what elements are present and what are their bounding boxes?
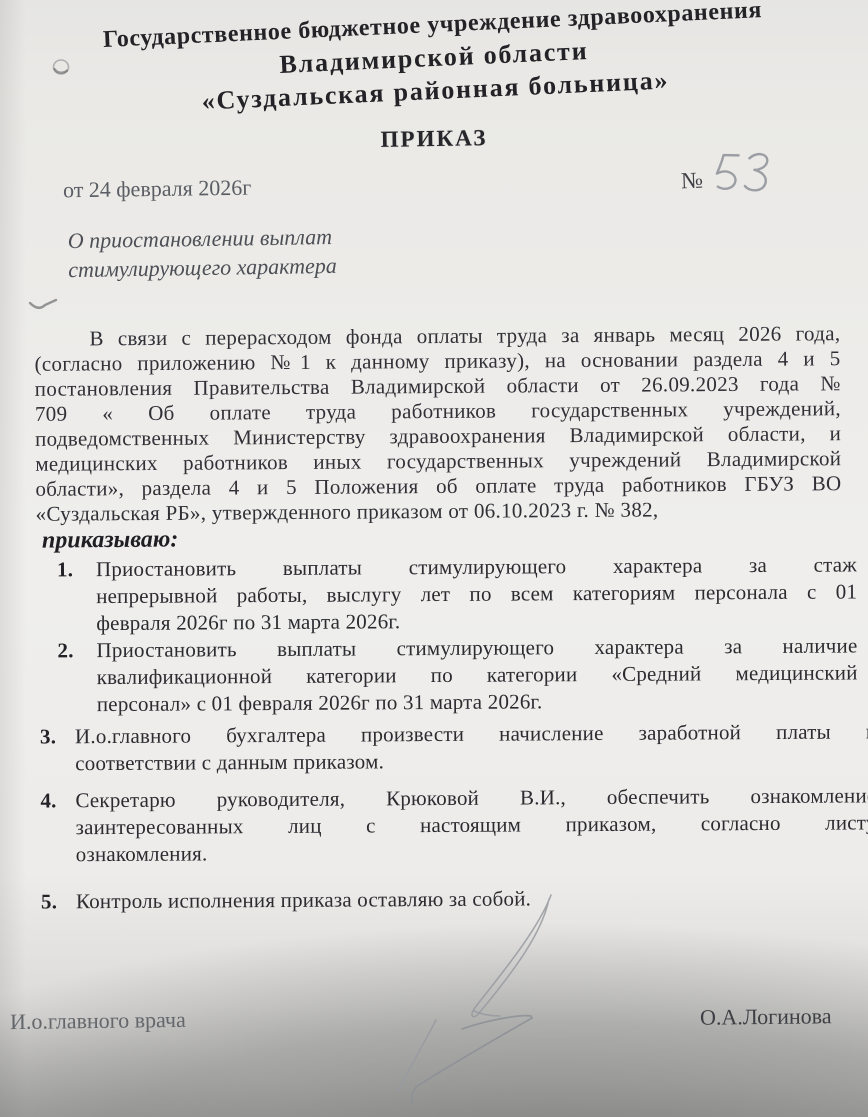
order-items-list: 1. Приостановить выплаты стимулирующего … bbox=[0, 551, 868, 915]
organization-header: Государственное бюджетное учреждение здр… bbox=[0, 0, 868, 127]
order-item: 3. И.о.главного бухгалтера произвести на… bbox=[0, 718, 868, 777]
order-number-label: № bbox=[681, 168, 704, 195]
item-number: 5. bbox=[41, 888, 57, 915]
order-item: 4. Секретарю руководителя, Крюковой В.И.… bbox=[0, 782, 868, 868]
item-line: персонал» с 01 февраля 2026г по 31 марта… bbox=[97, 686, 858, 718]
order-item: 1. Приостановить выплаты стимулирующего … bbox=[0, 551, 868, 637]
resolution-word: приказываю: bbox=[42, 526, 179, 554]
item-number: 1. bbox=[57, 556, 73, 583]
item-number: 4. bbox=[40, 787, 56, 814]
order-subject: О приостановлении выплат стимулирующего … bbox=[68, 222, 337, 284]
signature-scribble bbox=[372, 893, 572, 1111]
item-line: ознакомления. bbox=[76, 836, 868, 868]
subject-line: О приостановлении выплат bbox=[68, 222, 337, 255]
pencil-check-mark bbox=[28, 296, 62, 314]
item-number: 2. bbox=[57, 637, 73, 664]
item-line: И.о.главного бухгалтера произвести начис… bbox=[75, 718, 868, 750]
item-line: квалификационной категории по категории … bbox=[97, 659, 858, 691]
subject-line: стимулирующего характера bbox=[68, 251, 337, 284]
item-line: заинтересованных лиц с настоящим приказо… bbox=[75, 809, 868, 841]
item-line: непрерывной работы, выслугу лет по всем … bbox=[96, 578, 857, 610]
scanned-order-document: Государственное бюджетное учреждение здр… bbox=[0, 0, 868, 1117]
signer-title: И.о.главного врача bbox=[10, 1007, 186, 1035]
order-date: от 24 февраля 2026г bbox=[63, 175, 252, 204]
signer-name: О.А.Логинова bbox=[700, 1003, 832, 1031]
item-number: 3. bbox=[40, 723, 56, 750]
item-line: соответствии с данным приказом. bbox=[75, 745, 868, 777]
order-preamble: В связи с перерасходом фонда оплаты труд… bbox=[34, 321, 841, 527]
preamble-line: «Суздальская РБ», утвержденного приказом… bbox=[36, 496, 842, 527]
order-item: 2. Приостановить выплаты стимулирующего … bbox=[0, 632, 868, 718]
order-number-handwritten bbox=[708, 143, 783, 205]
